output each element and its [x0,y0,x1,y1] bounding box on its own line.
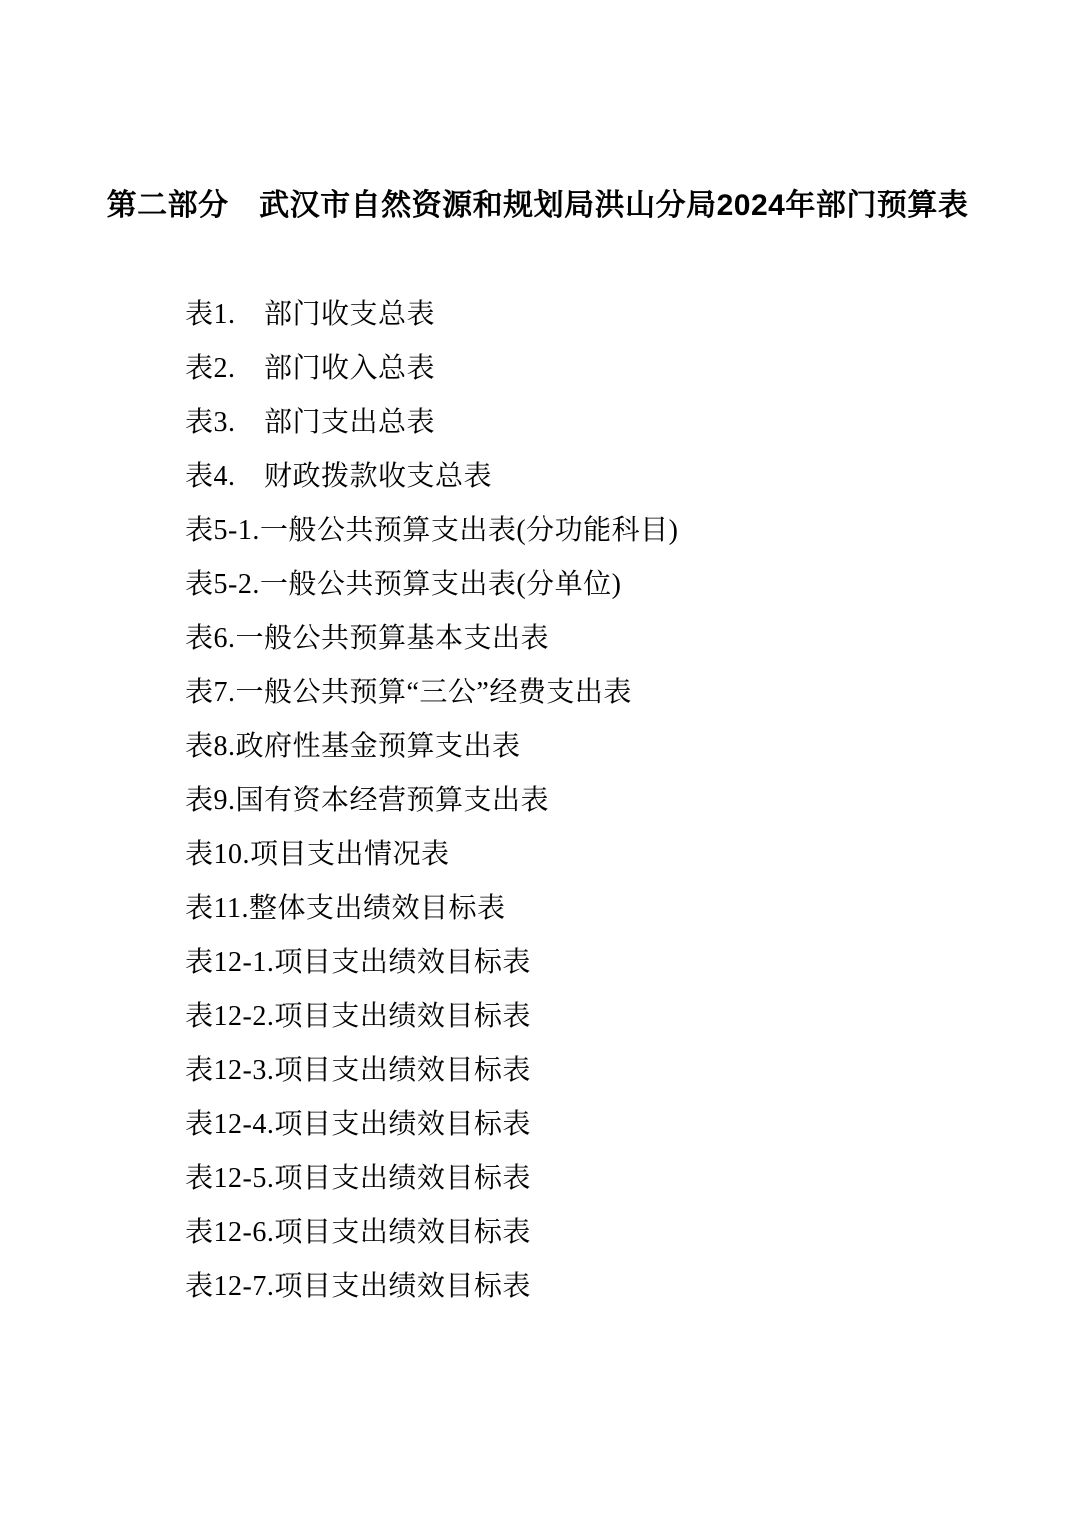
toc-item: 表12-5.项目支出绩效目标表 [185,1152,678,1206]
toc-item: 表12-4.项目支出绩效目标表 [185,1098,678,1152]
toc-item: 表7.一般公共预算“三公”经费支出表 [185,666,678,720]
toc-item: 表10.项目支出情况表 [185,828,678,882]
toc-item: 表8.政府性基金预算支出表 [185,720,678,774]
document-page: 第二部分 武汉市自然资源和规划局洪山分局2024年部门预算表 表1. 部门收支总… [0,0,1075,1520]
toc-item: 表5-2.一般公共预算支出表(分单位) [185,558,678,612]
toc-item: 表12-1.项目支出绩效目标表 [185,936,678,990]
toc-item: 表4. 财政拨款收支总表 [185,450,678,504]
toc-item: 表12-7.项目支出绩效目标表 [185,1260,678,1314]
toc-item: 表9.国有资本经营预算支出表 [185,774,678,828]
toc-item: 表1. 部门收支总表 [185,288,678,342]
toc-item: 表12-2.项目支出绩效目标表 [185,990,678,1044]
table-of-contents: 表1. 部门收支总表表2. 部门收入总表表3. 部门支出总表表4. 财政拨款收支… [185,288,678,1314]
page-title: 第二部分 武汉市自然资源和规划局洪山分局2024年部门预算表 [0,190,1075,222]
toc-item: 表12-3.项目支出绩效目标表 [185,1044,678,1098]
toc-item: 表12-6.项目支出绩效目标表 [185,1206,678,1260]
toc-item: 表3. 部门支出总表 [185,396,678,450]
toc-item: 表6.一般公共预算基本支出表 [185,612,678,666]
toc-item: 表5-1.一般公共预算支出表(分功能科目) [185,504,678,558]
toc-item: 表11.整体支出绩效目标表 [185,882,678,936]
toc-item: 表2. 部门收入总表 [185,342,678,396]
